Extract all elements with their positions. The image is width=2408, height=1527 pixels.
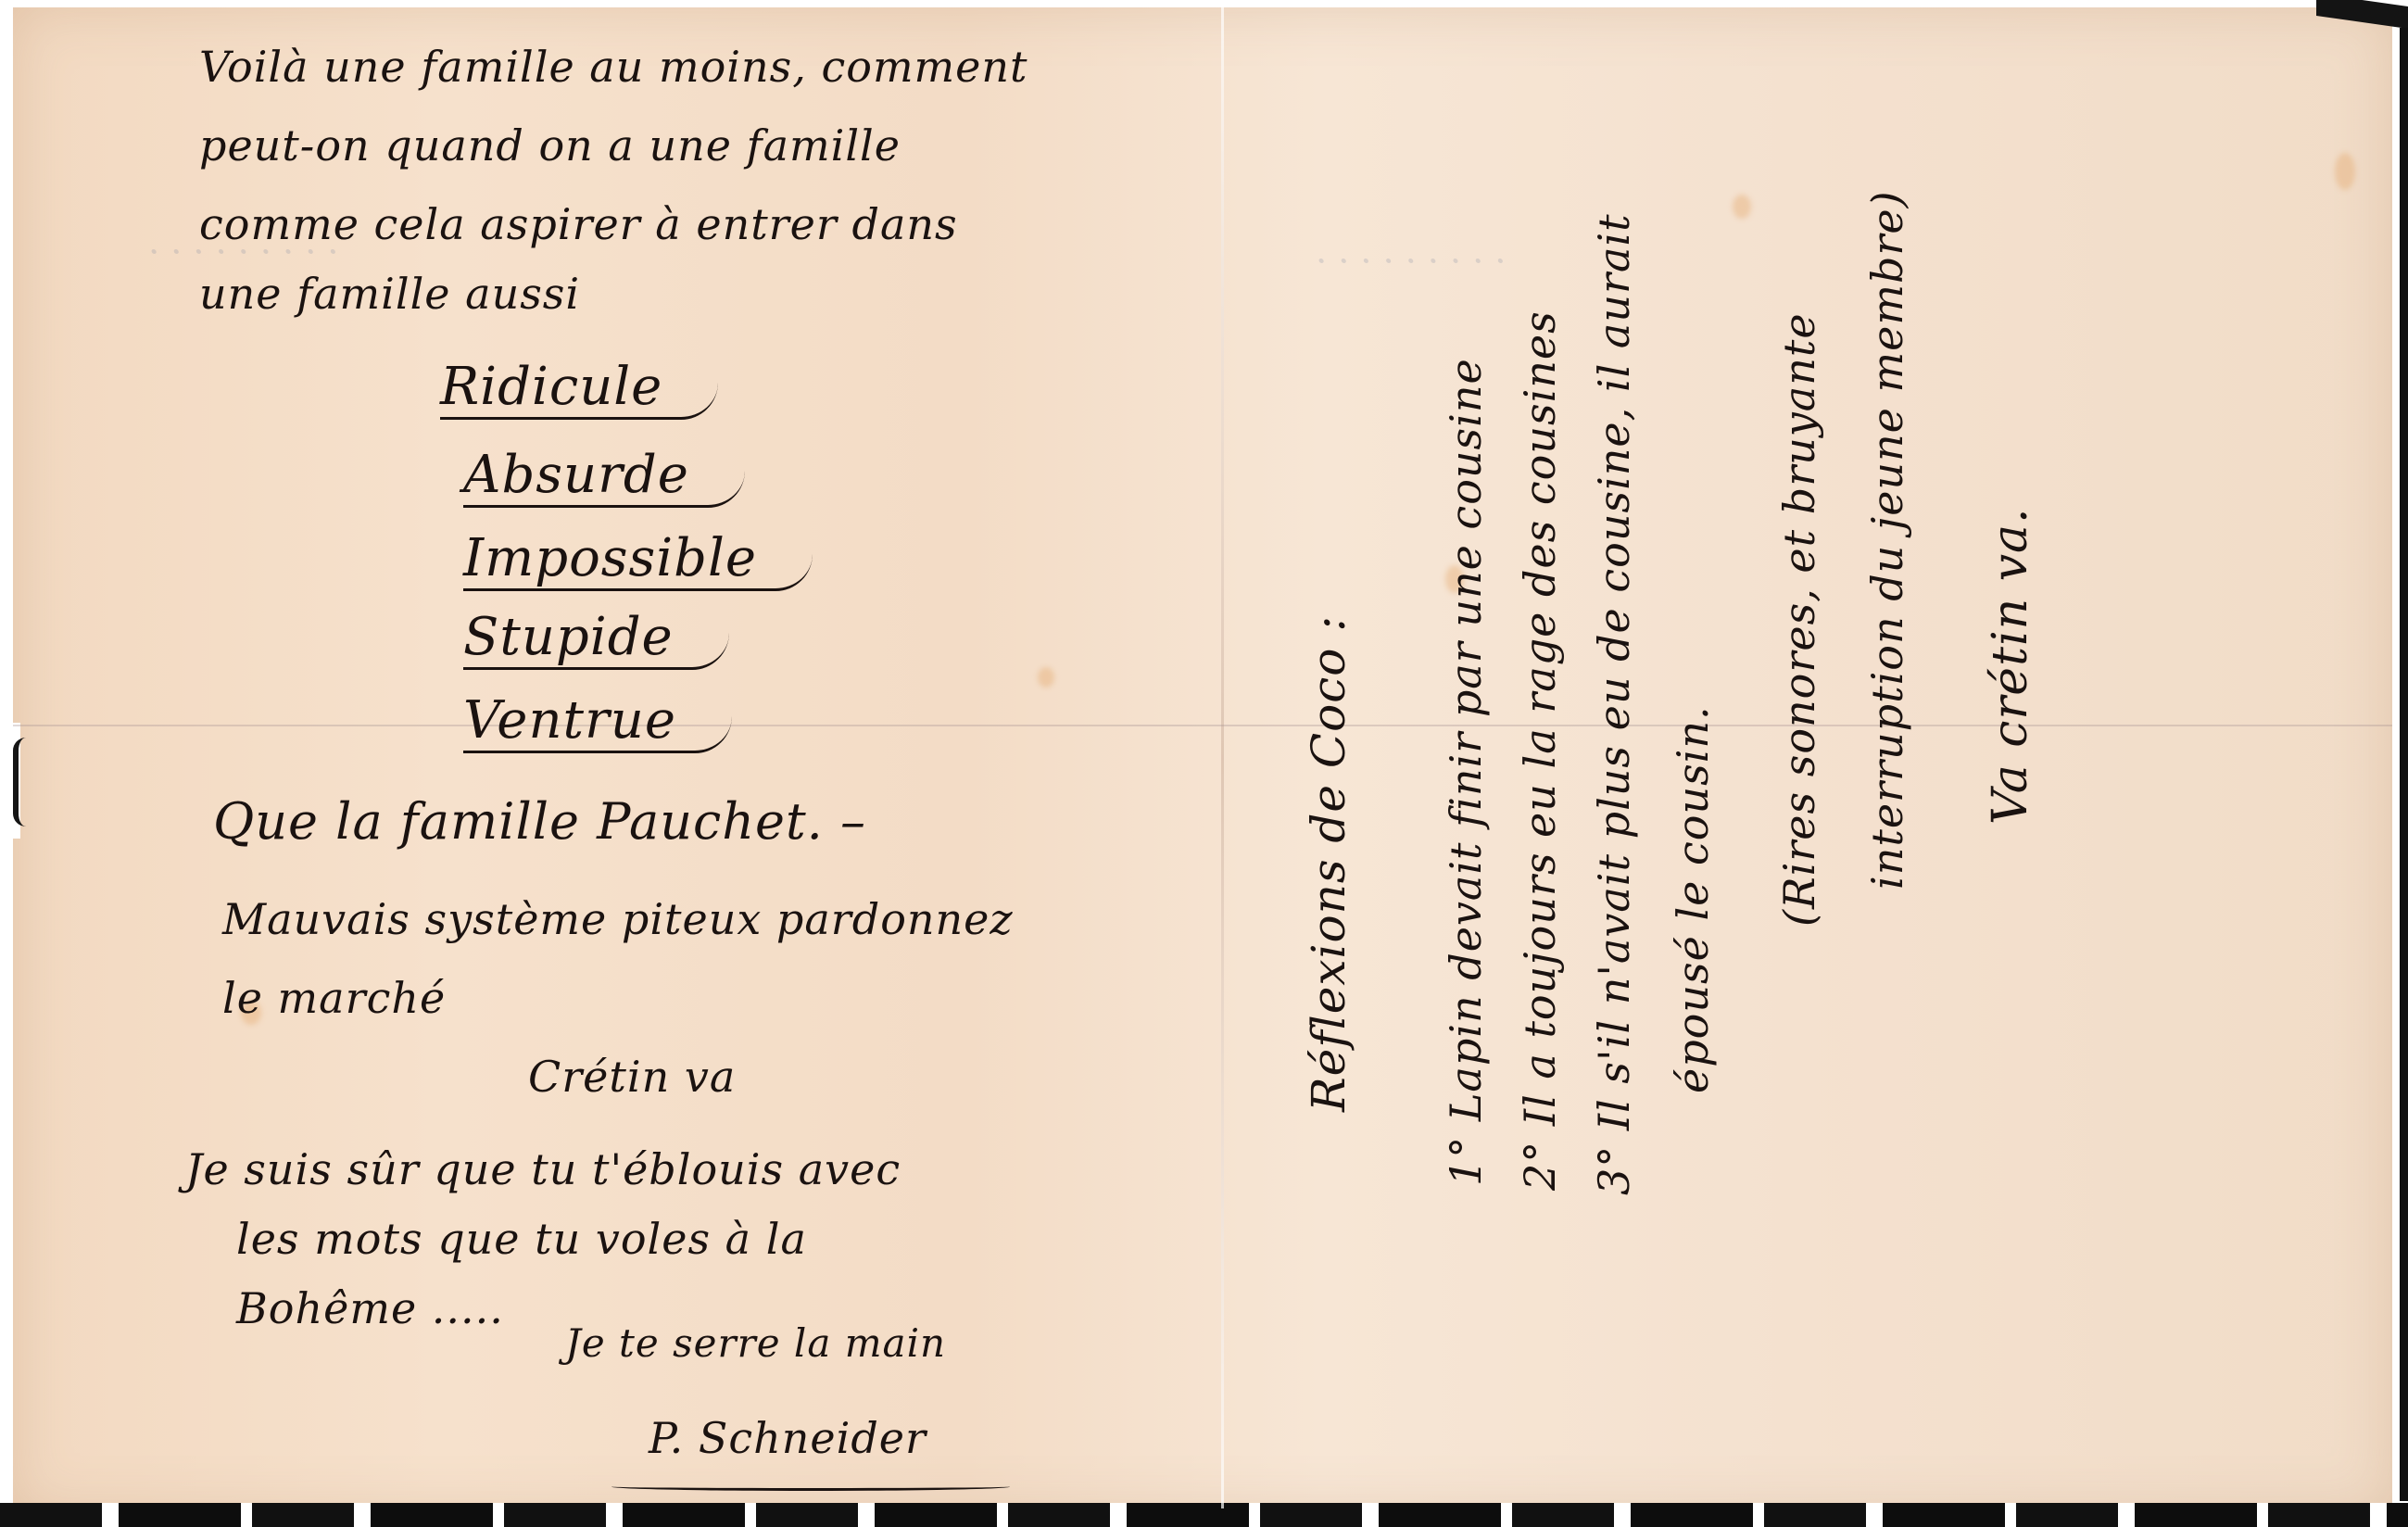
aside-line-1: (Rires sonores, et bruyante — [1774, 312, 1824, 927]
text-line: les mots que tu voles à la — [236, 1214, 807, 1264]
text-line: Bohême ..... — [236, 1283, 504, 1333]
closing-line: Va crétin va. — [1983, 507, 2038, 825]
signature: P. Schneider — [649, 1413, 927, 1463]
list-item-3: 3° Il s'il n'avait plus eu de cousine, i… — [1589, 213, 1639, 1195]
exclamation: Crétin va — [528, 1052, 736, 1102]
text-line: une famille aussi — [199, 269, 580, 319]
list-item-impossible: Impossible — [463, 528, 813, 591]
text-line: le marché — [222, 973, 446, 1023]
foxing-stain — [2335, 153, 2355, 190]
text-line: comme cela aspirer à entrer dans — [199, 199, 958, 249]
text-line: Mauvais système piteux pardonnez — [222, 894, 1014, 944]
fold-crease-vertical — [1221, 7, 1224, 1508]
list-item-ventrue: Ventrue — [463, 690, 732, 753]
text-line: Que la famille Pauchet. – — [213, 792, 866, 851]
signature-underline — [611, 1483, 1010, 1491]
ink-mark-left-edge — [13, 738, 26, 827]
aside-line-2: interruption du jeune membre) — [1862, 190, 1912, 890]
bleed-through-text: · · · · · · · · · — [1316, 241, 1506, 282]
closing-line: Je te serre la main — [565, 1320, 946, 1366]
list-item-1: 1° Lapin devait finir par une cousine — [1441, 358, 1491, 1186]
list-item-3-continued: épousé le cousin. — [1668, 705, 1718, 1093]
foxing-stain — [1733, 195, 1751, 219]
heading: Réflexions de Coco : — [1302, 615, 1355, 1112]
torn-edge-bottom — [0, 1503, 2408, 1527]
text-line: Je suis sûr que tu t'éblouis avec — [185, 1144, 901, 1194]
foxing-stain — [1038, 667, 1054, 688]
list-item-absurde: Absurde — [463, 445, 745, 508]
text-line: peut-on quand on a une famille — [199, 120, 901, 170]
list-item-2: 2° Il a toujours eu la rage des cousines — [1515, 310, 1565, 1191]
list-item-ridicule: Ridicule — [440, 357, 718, 420]
scan-border-right — [2400, 28, 2408, 1501]
text-line: Voilà une famille au moins, comment — [199, 42, 1028, 92]
list-item-stupide: Stupide — [463, 607, 729, 670]
